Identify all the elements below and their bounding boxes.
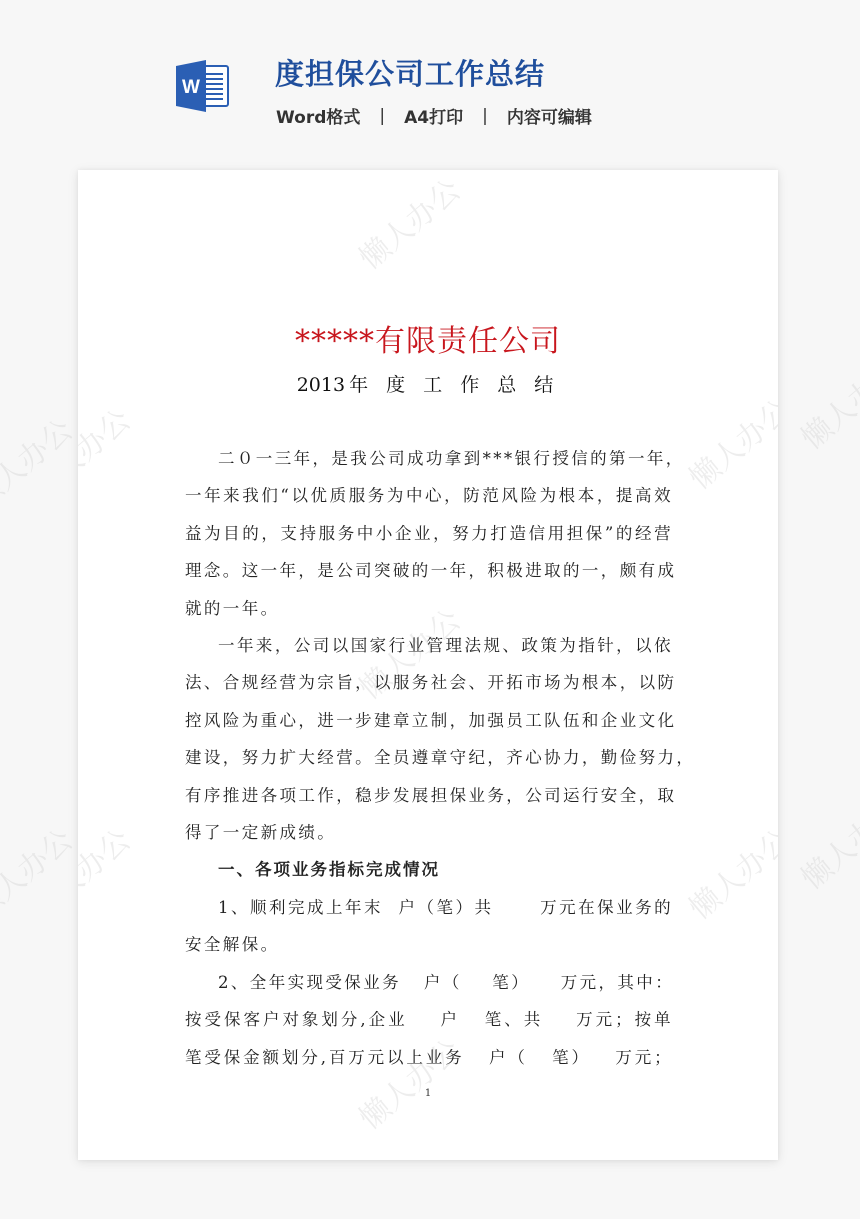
meta-format: Word格式: [276, 103, 360, 128]
watermark: 懒人办公: [78, 397, 138, 508]
company-name: *****有限责任公司: [78, 316, 778, 360]
watermark: 懒人办公: [78, 817, 138, 928]
meta-print: A4打印: [404, 103, 463, 128]
watermark: 懒人办公: [0, 407, 80, 518]
heading-text: 一、各项业务指标完成情况: [185, 851, 673, 888]
subtitle-year: 2013: [297, 374, 345, 396]
text-line: 控风险为重心，进一步建章立制，加强员工队伍和企业文化: [185, 702, 673, 739]
text-line: 建设，努力扩大经营。全员遵章守纪，齐心协力，勤俭努力，: [185, 739, 673, 776]
meta-separator: |: [379, 106, 385, 126]
meta-separator: |: [482, 106, 488, 126]
text-line: 安全解保。: [185, 926, 673, 963]
text-line: 笔受保金额划分,百万元以上业务 户（ 笔） 万元；: [185, 1039, 673, 1076]
watermark: 懒人办公: [0, 817, 80, 928]
watermark: 懒人办公: [678, 817, 778, 928]
watermark: 懒人办公: [348, 170, 468, 277]
text-line: 得了一定新成绩。: [185, 814, 673, 851]
doc-title: 度担保公司工作总结: [275, 52, 545, 93]
text-line: 法、合规经营为宗旨，以服务社会、开拓市场为根本，以防: [185, 664, 673, 701]
paragraph: 一年来，公司以国家行业管理法规、政策为指针，以依 法、合规经营为宗旨，以服务社会…: [185, 627, 673, 851]
text-line: 一年来我们“以优质服务为中心，防范风险为根本，提高效: [185, 477, 673, 514]
document-body: 二０一三年，是我公司成功拿到***银行授信的第一年， 一年来我们“以优质服务为中…: [185, 440, 673, 1076]
text-line: 1、顺利完成上年末 户（笔）共 万元在保业务的: [185, 889, 673, 926]
paragraph: 2、全年实现受保业务 户（ 笔） 万元，其中： 按受保客户对象划分,企业 户 笔…: [185, 964, 673, 1076]
text-line: 就的一年。: [185, 590, 673, 627]
word-icon: W: [176, 60, 230, 112]
text-line: 2、全年实现受保业务 户（ 笔） 万元，其中：: [185, 964, 673, 1001]
text-line: 二０一三年，是我公司成功拿到***银行授信的第一年，: [185, 440, 673, 477]
document-page: 懒人办公 懒人办公 懒人办公 懒人办公 懒人办公 懒人办公 懒人办公 *****…: [78, 170, 778, 1160]
text-line: 有序推进各项工作，稳步发展担保业务，公司运行安全，取: [185, 777, 673, 814]
svg-text:W: W: [182, 77, 200, 98]
header: W 度担保公司工作总结 Word格式 | A4打印 | 内容可编辑: [0, 0, 860, 170]
meta-editable: 内容可编辑: [507, 103, 592, 128]
text-line: 一年来，公司以国家行业管理法规、政策为指针，以依: [185, 627, 673, 664]
watermark: 懒人办公: [790, 347, 860, 458]
text-line: 益为目的，支持服务中小企业，努力打造信用担保”的经营: [185, 515, 673, 552]
doc-meta: Word格式 | A4打印 | 内容可编辑: [276, 103, 592, 128]
watermark: 懒人办公: [790, 787, 860, 898]
subtitle-text: 年 度 工 作 总 结: [349, 374, 559, 396]
paragraph: 二０一三年，是我公司成功拿到***银行授信的第一年， 一年来我们“以优质服务为中…: [185, 440, 673, 627]
page-number: 1: [78, 1088, 778, 1099]
text-line: 按受保客户对象划分,企业 户 笔、共 万元；按单: [185, 1001, 673, 1038]
section-heading: 一、各项业务指标完成情况: [185, 851, 673, 888]
text-line: 理念。这一年，是公司突破的一年，积极进取的一，颇有成: [185, 552, 673, 589]
watermark: 懒人办公: [678, 387, 778, 498]
document-subtitle: 2013年 度 工 作 总 结: [78, 370, 778, 397]
paragraph: 1、顺利完成上年末 户（笔）共 万元在保业务的 安全解保。: [185, 889, 673, 964]
